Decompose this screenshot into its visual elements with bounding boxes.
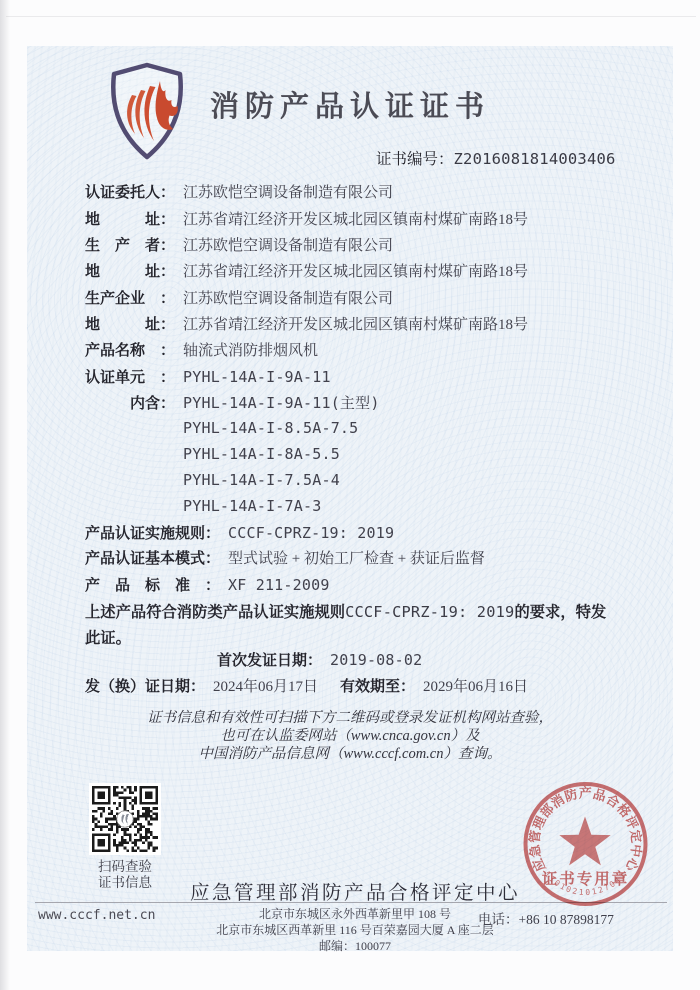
certificate-title: 消防产品认证证书	[27, 84, 673, 125]
official-seal: 应急管理部消防产品合格评定中心 证书专用章 11010210127041	[515, 775, 657, 921]
certification-unit-row: 认证单元 ：PYHL-14A-I-9A-11	[85, 367, 331, 388]
field-label: 地 址：	[85, 212, 175, 228]
field-value: 江苏省靖江经济开发区城北园区镇南村煤矿南路18号	[183, 264, 528, 280]
statement-code: CCCF-CPRZ-19: 2019	[345, 603, 514, 621]
field-value: 江苏欧恺空调设备制造有限公司	[183, 291, 393, 307]
implementation-rule-value: CCCF-CPRZ-19: 2019	[228, 524, 394, 542]
model-item: PYHL-14A-I-8.5A-7.5	[183, 419, 358, 437]
basic-mode-label: 产品认证基本模式：	[85, 551, 220, 567]
field-row: 生 产 者：江苏欧恺空调设备制造有限公司	[85, 236, 393, 256]
footer-website: www.cccf.net.cn	[38, 908, 155, 923]
valid-until-value: 2029年06月16日	[423, 679, 528, 695]
field-value: 江苏欧恺空调设备制造有限公司	[183, 185, 393, 201]
valid-until-label: 有效期至：	[340, 679, 415, 695]
product-name-label: 产品名称 ：	[85, 343, 175, 359]
first-issue-date-value: 2019-08-02	[330, 651, 422, 669]
basic-mode-value: 型式试验 + 初始工厂检查 + 获证后监督	[228, 551, 485, 567]
model-item: PYHL-14A-I-7A-3	[183, 497, 321, 515]
field-value: 江苏省靖江经济开发区城北园区镇南村煤矿南路18号	[183, 212, 528, 228]
field-label: 生产企业 ：	[85, 291, 175, 307]
issue-date-label: 发（换）证日期：	[85, 679, 205, 695]
statement-text: 的要求，特发	[514, 604, 606, 621]
issue-date-value: 2024年06月17日	[213, 679, 318, 695]
certificate-number-value: Z2016081814003406	[454, 150, 616, 168]
implementation-rule-label: 产品认证实施规则：	[85, 526, 220, 542]
scan-edge-artifact	[0, 0, 10, 990]
product-name-value: 轴流式消防排烟风机	[183, 343, 318, 359]
product-standard-row: 产 品 标 准 ：XF 211-2009	[85, 575, 330, 596]
certificate-number-label: 证书编号：	[376, 151, 454, 168]
implementation-rule-row: 产品认证实施规则：CCCF-CPRZ-19: 2019	[85, 523, 394, 544]
statement-text: 上述产品符合消防类产品认证实施规则	[85, 604, 345, 621]
scan-hairline-artifact	[6, 16, 696, 17]
model-item: PYHL-14A-I-9A-11(主型)	[183, 394, 380, 412]
product-standard-label: 产 品 标 准 ：	[85, 578, 220, 594]
certification-unit-value: PYHL-14A-I-9A-11	[183, 368, 331, 386]
field-value: 江苏省靖江经济开发区城北园区镇南村煤矿南路18号	[183, 317, 528, 333]
first-issue-date-row: 首次发证日期：2019-08-02	[217, 650, 422, 671]
first-issue-date-label: 首次发证日期：	[217, 653, 322, 669]
field-row: 地 址：江苏省靖江经济开发区城北园区镇南村煤矿南路18号	[85, 315, 528, 335]
footer-postcode: 邮编：100077	[165, 937, 545, 954]
field-label: 生 产 者：	[85, 238, 175, 254]
statement-line1: 上述产品符合消防类产品认证实施规则CCCF-CPRZ-19: 2019的要求，特…	[85, 600, 606, 622]
field-row: 认证委托人：江苏欧恺空调设备制造有限公司	[85, 183, 393, 203]
model-item: PYHL-14A-I-8A-5.5	[183, 445, 340, 463]
product-standard-value: XF 211-2009	[228, 576, 330, 594]
certificate-page: 消防产品认证证书 证书编号：Z2016081814003406 认证委托人：江苏…	[0, 0, 700, 990]
field-label: 地 址：	[85, 317, 175, 333]
statement-line2: 此证。	[85, 626, 131, 648]
field-label: 认证委托人：	[85, 185, 175, 201]
verification-note: 中国消防产品信息网（www.cccf.com.cn）查询。	[27, 742, 673, 763]
product-name-row: 产品名称 ：轴流式消防排烟风机	[85, 341, 318, 361]
field-label: 地 址：	[85, 264, 175, 280]
field-row: 生产企业 ：江苏欧恺空调设备制造有限公司	[85, 289, 393, 309]
qr-code	[89, 783, 161, 855]
contains-label: 内含：	[85, 394, 175, 414]
issue-date-row: 发（换）证日期：2024年06月17日有效期至：2029年06月16日	[85, 677, 528, 697]
contains-row: 内含：PYHL-14A-I-9A-11(主型)	[85, 393, 380, 414]
field-value: 江苏欧恺空调设备制造有限公司	[183, 238, 393, 254]
issuing-organization-name: 应急管理部消防产品合格评定中心	[140, 877, 570, 905]
field-row: 地 址：江苏省靖江经济开发区城北园区镇南村煤矿南路18号	[85, 262, 528, 282]
basic-mode-row: 产品认证基本模式：型式试验 + 初始工厂检查 + 获证后监督	[85, 549, 485, 569]
certification-unit-label: 认证单元 ：	[85, 370, 175, 386]
field-row: 地 址：江苏省靖江经济开发区城北园区镇南村煤矿南路18号	[85, 210, 528, 230]
model-item: PYHL-14A-I-7.5A-4	[183, 471, 340, 489]
certificate-number: 证书编号：Z2016081814003406	[376, 147, 616, 169]
seal-star-icon	[559, 817, 610, 866]
